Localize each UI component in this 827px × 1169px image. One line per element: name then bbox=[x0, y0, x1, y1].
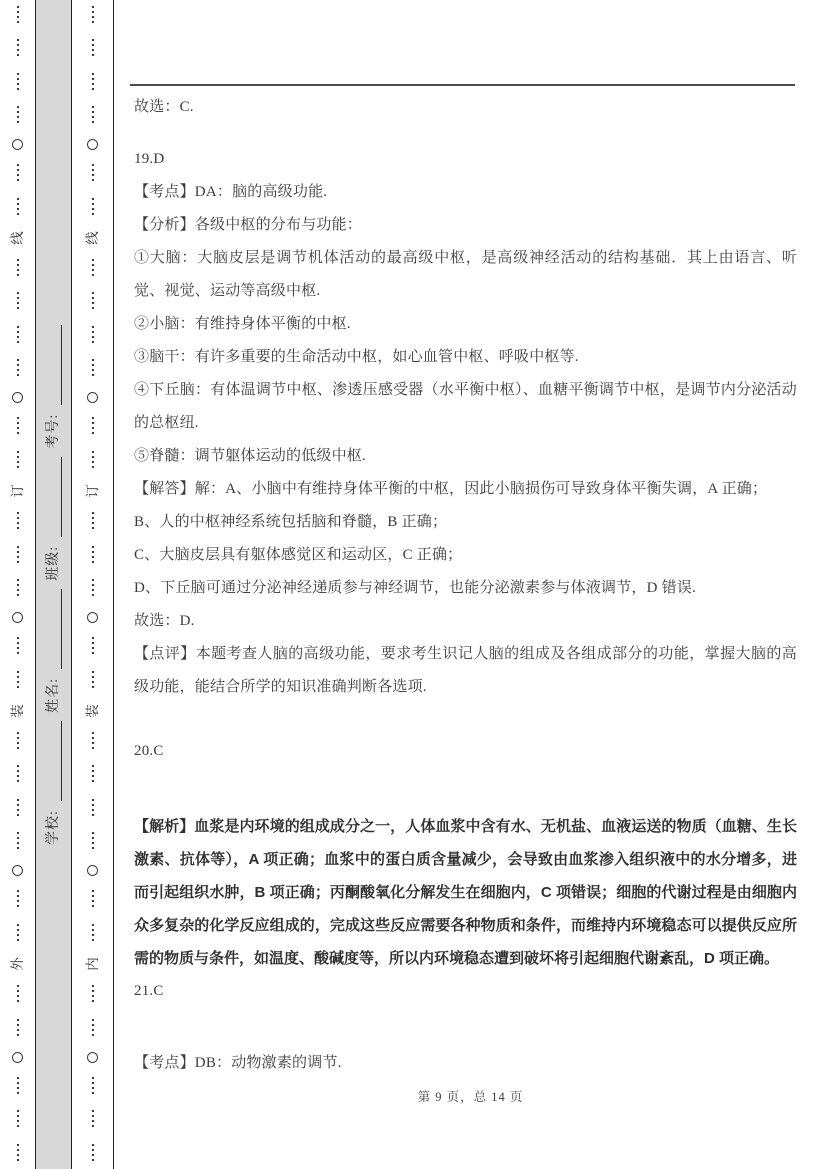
dotted-segment bbox=[92, 106, 94, 125]
dotted-segment bbox=[17, 765, 19, 784]
dotted-segment bbox=[92, 732, 94, 751]
dotted-segment bbox=[92, 637, 94, 656]
content-paragraph: 【考点】DA：脑的高级功能. bbox=[134, 176, 797, 209]
info-field-blank-line bbox=[46, 325, 61, 405]
dotted-segment bbox=[92, 326, 94, 345]
info-field-label: 考号: bbox=[47, 413, 61, 448]
dotted-segment bbox=[92, 924, 94, 943]
binding-margin-inner: 线订装内 bbox=[72, 0, 113, 1169]
dotted-segment bbox=[92, 451, 94, 470]
dotted-segment bbox=[17, 106, 19, 125]
binding-char: 订 bbox=[11, 484, 25, 498]
circle-mark bbox=[87, 865, 98, 876]
content-paragraph: ④下丘脑：有体温调节中枢、渗透压感受器（水平衡中枢）、血糖平衡调节中枢，是调节内… bbox=[134, 374, 797, 440]
fold-line-inner: 线订装内 bbox=[86, 0, 100, 1169]
fold-line-outer: 线订装外 bbox=[11, 0, 25, 1169]
content-paragraph: ⑤脊髓：调节躯体运动的低级中枢. bbox=[134, 440, 797, 473]
dotted-segment bbox=[92, 799, 94, 818]
circle-mark bbox=[87, 1052, 98, 1063]
student-info-fields: 学校:姓名:班级:考号: bbox=[42, 325, 66, 845]
content-paragraph: ③脑干：有许多重要的生命活动中枢，如心血管中枢、呼吸中枢等. bbox=[134, 341, 797, 374]
dotted-segment bbox=[17, 6, 19, 25]
info-field-blank-line bbox=[46, 589, 61, 669]
dotted-segment bbox=[17, 198, 19, 217]
info-field-blank-line bbox=[46, 721, 61, 801]
dotted-segment bbox=[17, 890, 19, 909]
circle-mark bbox=[12, 139, 23, 150]
circle-mark bbox=[12, 612, 23, 623]
content-paragraph: 故选：D. bbox=[134, 605, 797, 638]
dotted-segment bbox=[92, 73, 94, 92]
binding-char: 内 bbox=[86, 957, 100, 971]
content-paragraph: 【点评】本题考查人脑的高级功能，要求考生识记人脑的组成及各组成部分的功能，掌握大… bbox=[134, 638, 797, 704]
circle-mark bbox=[87, 612, 98, 623]
dotted-segment bbox=[17, 292, 19, 311]
dotted-segment bbox=[92, 985, 94, 1004]
dotted-segment bbox=[92, 292, 94, 311]
dotted-segment bbox=[17, 451, 19, 470]
dotted-segment bbox=[17, 637, 19, 656]
answer-content-area: 故选：C.19.D【考点】DA：脑的高级功能.【分析】各级中枢的分布与功能：①大… bbox=[113, 0, 827, 1169]
dotted-segment bbox=[17, 1110, 19, 1129]
page-number-footer: 第 9 页，总 14 页 bbox=[114, 1087, 827, 1105]
content-paragraph: B、人的中枢神经系统包括脑和脊髓，B 正确； bbox=[134, 506, 797, 539]
dotted-segment bbox=[92, 890, 94, 909]
dotted-segment bbox=[17, 73, 19, 92]
dotted-segment bbox=[17, 546, 19, 565]
dotted-segment bbox=[17, 924, 19, 943]
answer-paragraphs: 故选：C.19.D【考点】DA：脑的高级功能.【分析】各级中枢的分布与功能：①大… bbox=[134, 91, 797, 1080]
info-field-label: 姓名: bbox=[47, 677, 61, 712]
content-paragraph: 21.C bbox=[134, 975, 797, 1008]
binding-char: 订 bbox=[86, 484, 100, 498]
dotted-segment bbox=[92, 832, 94, 851]
content-paragraph: 【解析】血浆是内环境的组成成分之一，人体血浆中含有水、无机盐、血液运送的物质（血… bbox=[134, 810, 797, 975]
binding-char: 线 bbox=[86, 231, 100, 245]
dotted-segment bbox=[17, 512, 19, 531]
dotted-segment bbox=[92, 6, 94, 25]
dotted-segment bbox=[17, 1077, 19, 1096]
dotted-segment bbox=[17, 832, 19, 851]
info-field-label: 班级: bbox=[47, 545, 61, 580]
exam-answer-page: 线订装外 学校:姓名:班级:考号: 线订装内 故选：C.19.D【考点】DA：脑… bbox=[0, 0, 827, 1169]
dotted-segment bbox=[92, 671, 94, 690]
content-paragraph: 【分析】各级中枢的分布与功能： bbox=[134, 209, 797, 242]
circle-mark bbox=[12, 1052, 23, 1063]
dotted-segment bbox=[17, 1019, 19, 1038]
content-paragraph: 【解答】解：A、小脑中有维持身体平衡的中枢，因此小脑损伤可导致身体平衡失调，A … bbox=[134, 473, 797, 506]
dotted-segment bbox=[92, 198, 94, 217]
content-paragraph: D、下丘脑可通过分泌神经递质参与神经调节，也能分泌激素参与体液调节，D 错误. bbox=[134, 572, 797, 605]
content-paragraph: 20.C bbox=[134, 735, 797, 768]
dotted-segment bbox=[92, 1110, 94, 1129]
binding-char: 线 bbox=[11, 231, 25, 245]
content-paragraph: ②小脑：有维持身体平衡的中枢. bbox=[134, 308, 797, 341]
dotted-segment bbox=[17, 259, 19, 278]
content-paragraph: 19.D bbox=[134, 143, 797, 176]
dotted-segment bbox=[92, 546, 94, 565]
dotted-segment bbox=[92, 765, 94, 784]
dotted-segment bbox=[92, 1144, 94, 1163]
dotted-segment bbox=[92, 359, 94, 378]
dotted-segment bbox=[92, 259, 94, 278]
dotted-segment bbox=[17, 326, 19, 345]
content-paragraph: 故选：C. bbox=[134, 91, 797, 124]
dotted-segment bbox=[92, 1077, 94, 1096]
dotted-segment bbox=[92, 417, 94, 436]
dotted-segment bbox=[92, 164, 94, 183]
circle-mark bbox=[12, 865, 23, 876]
dotted-segment bbox=[17, 799, 19, 818]
dotted-segment bbox=[17, 39, 19, 58]
dotted-segment bbox=[92, 512, 94, 531]
dotted-segment bbox=[17, 359, 19, 378]
binding-char: 装 bbox=[86, 704, 100, 718]
binding-char: 装 bbox=[11, 704, 25, 718]
circle-mark bbox=[12, 392, 23, 403]
binding-margin-outer: 线订装外 bbox=[0, 0, 35, 1169]
dotted-segment bbox=[17, 417, 19, 436]
dotted-segment bbox=[17, 164, 19, 183]
top-divider-rule bbox=[130, 84, 795, 86]
dotted-segment bbox=[92, 39, 94, 58]
binding-char: 外 bbox=[11, 957, 25, 971]
dotted-segment bbox=[17, 985, 19, 1004]
student-info-strip: 学校:姓名:班级:考号: bbox=[35, 0, 72, 1169]
content-paragraph: ①大脑：大脑皮层是调节机体活动的最高级中枢，是高级神经活动的结构基础．其上由语言… bbox=[134, 242, 797, 308]
info-field-label: 学校: bbox=[47, 810, 61, 845]
content-paragraph: 【考点】DB：动物激素的调节. bbox=[134, 1047, 797, 1080]
dotted-segment bbox=[17, 1144, 19, 1163]
circle-mark bbox=[87, 392, 98, 403]
dotted-segment bbox=[92, 1019, 94, 1038]
dotted-segment bbox=[17, 732, 19, 751]
dotted-segment bbox=[92, 579, 94, 598]
content-paragraph: C、大脑皮层具有躯体感觉区和运动区，C 正确； bbox=[134, 539, 797, 572]
info-field-blank-line bbox=[46, 457, 61, 537]
dotted-segment bbox=[17, 671, 19, 690]
dotted-segment bbox=[17, 579, 19, 598]
circle-mark bbox=[87, 139, 98, 150]
